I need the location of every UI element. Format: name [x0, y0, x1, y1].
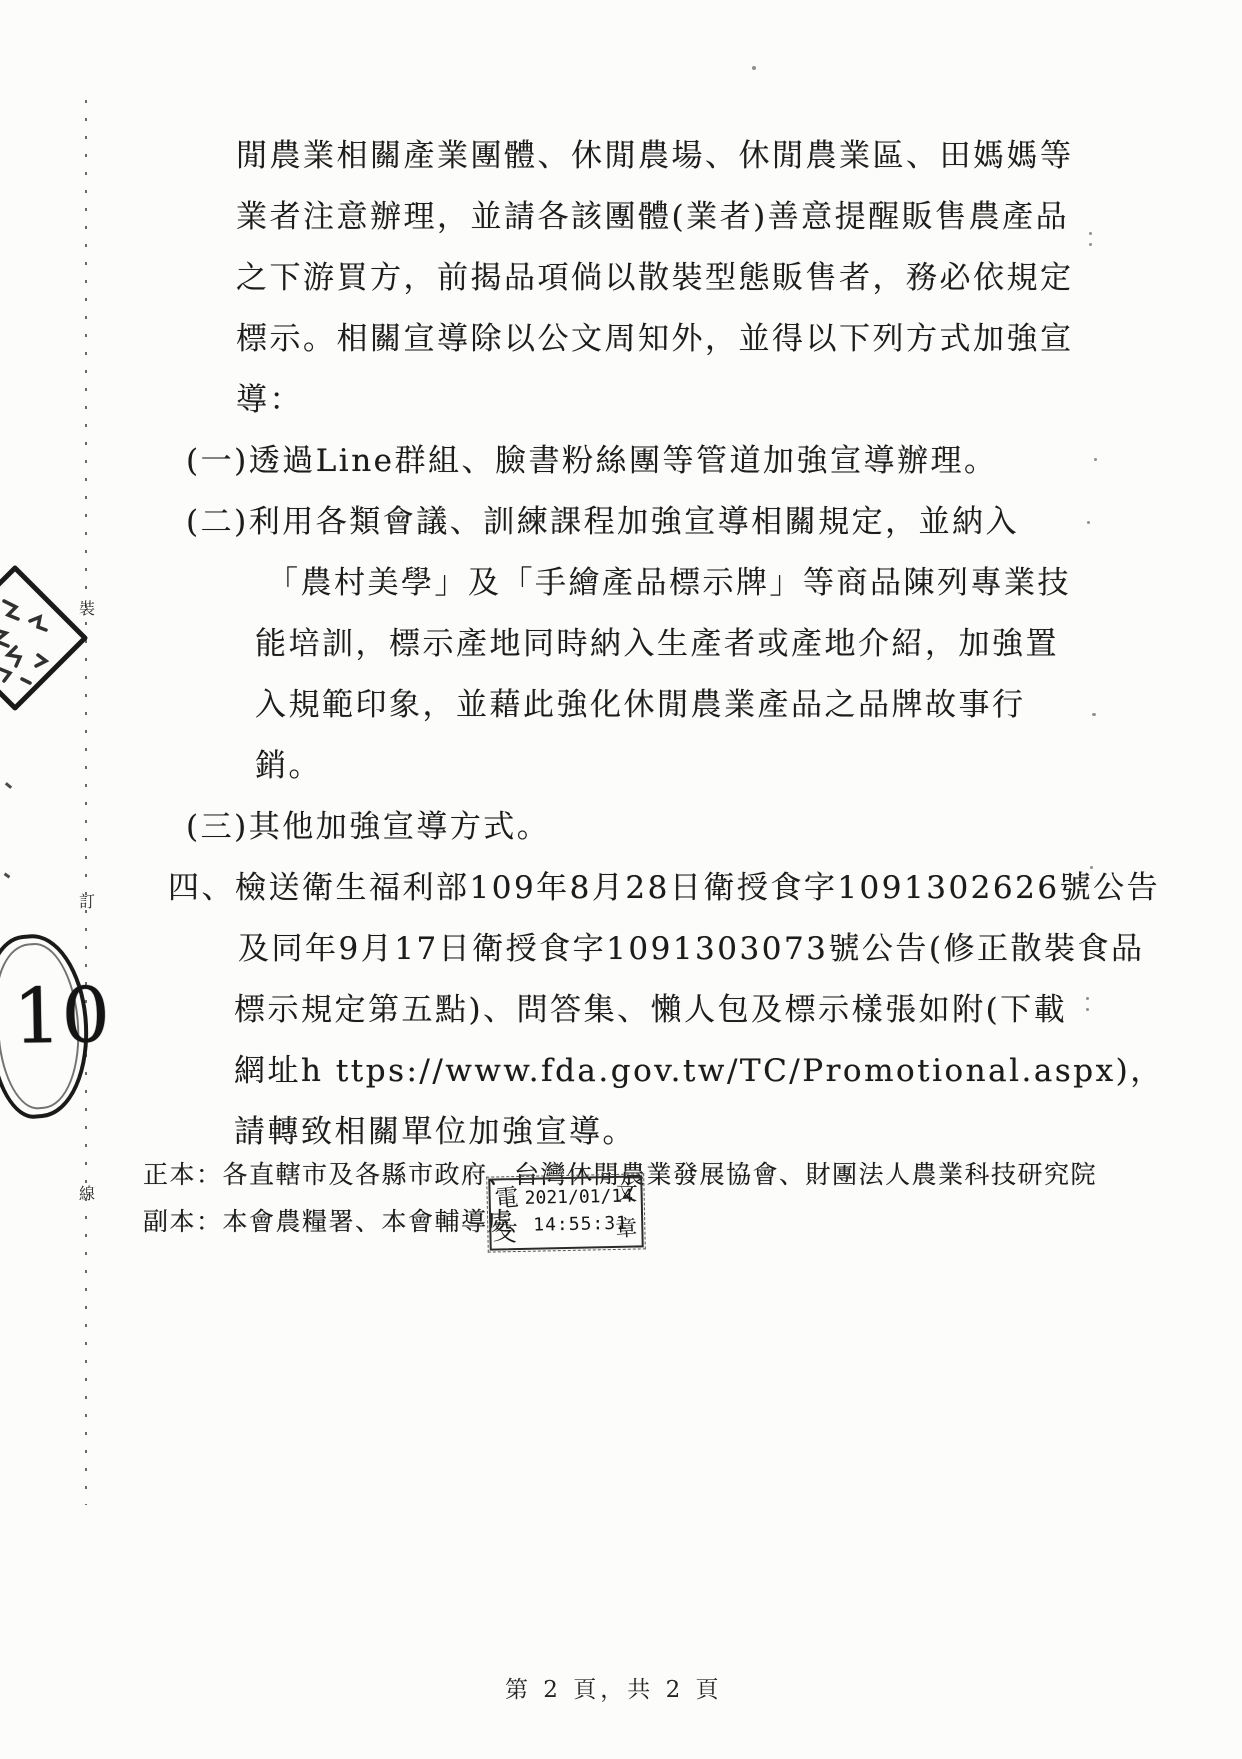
scan-speck [1089, 232, 1092, 235]
body-line: 之下游買方，前揭品項倘以散裝型態販售者，務必依規定 [236, 261, 1074, 297]
scanned-document-page: 裝 訂 線 10 閒農業相關產業團體、休閒農場、休閒農業區、田媽媽等 業者注意辦… [0, 0, 1242, 1759]
scan-speck [1086, 1008, 1089, 1011]
electronic-exchange-stamp: 電 交 文 章 2021/01/14 14:55:31 [488, 1175, 643, 1250]
body-line: 請轉致相關單位加強宣導。 [234, 1115, 636, 1151]
page-number-seal: 10 [0, 930, 96, 1122]
binding-char-xian: 線 [76, 1186, 98, 1202]
body-line: 標示。相關宣導除以公文周知外，並得以下列方式加強宣 [236, 322, 1074, 358]
scan-speck [1089, 243, 1092, 246]
exchange-stamp-time: 14:55:31 [533, 1215, 628, 1235]
scan-speck [1086, 997, 1089, 1000]
body-line: 銷。 [255, 749, 322, 785]
binding-dotted-line [85, 100, 87, 1505]
body-line: 閒農業相關產業團體、休閒農場、休閒農業區、田媽媽等 [236, 139, 1074, 175]
body-line: 「農村美學」及「手繪產品標示牌」等商品陳列專業技 [267, 566, 1071, 602]
distribution-copy: 副本：本會農糧署、本會輔導處 [143, 1207, 514, 1237]
exchange-stamp-date: 2021/01/14 [525, 1188, 634, 1208]
exchange-stamp-char-jiao: 交 [493, 1220, 519, 1246]
exchange-stamp-char-dian: 電 [494, 1185, 520, 1211]
scan-speck [1087, 521, 1090, 524]
page-indicator: 第 2 頁，共 2 頁 [505, 1671, 723, 1704]
body-line: 導： [236, 383, 303, 419]
scan-speck [1092, 713, 1096, 716]
binding-char-ding: 訂 [76, 894, 98, 910]
scan-speck [1090, 866, 1093, 869]
scan-mark [4, 873, 11, 879]
scan-mark [5, 782, 12, 789]
list-item-3: (三)其他加強宣導方式。 [186, 810, 550, 846]
body-line: 業者注意辦理，並請各該團體(業者)善意提醒販售農產品 [236, 200, 1069, 236]
diamond-seal-stamp [0, 563, 94, 713]
body-line: 能培訓，標示產地同時納入生產者或產地介紹，加強置 [255, 627, 1059, 663]
scan-speck [1094, 458, 1097, 461]
list-item-2: (二)利用各類會議、訓練課程加強宣導相關規定，並納入 [186, 505, 1019, 541]
body-line: 入規範印象，並藉此強化休閒農業產品之品牌故事行 [255, 688, 1026, 724]
list-item-1: (一)透過Line群組、臉書粉絲團等管道加強宣導辦理。 [186, 444, 998, 480]
numbered-item-4: 四、檢送衛生福利部109年8月28日衛授食字1091302626號公告 [168, 871, 1160, 907]
body-line: 及同年9月17日衛授食字1091303073號公告(修正散裝食品 [238, 932, 1145, 968]
scan-speck [752, 66, 756, 70]
page-number-seal-value: 10 [13, 977, 111, 1055]
body-line-url: 網址h ttps://www.fda.gov.tw/TC/Promotional… [234, 1054, 1164, 1090]
body-line: 標示規定第五點)、問答集、懶人包及標示樣張如附(下載 [234, 993, 1067, 1029]
